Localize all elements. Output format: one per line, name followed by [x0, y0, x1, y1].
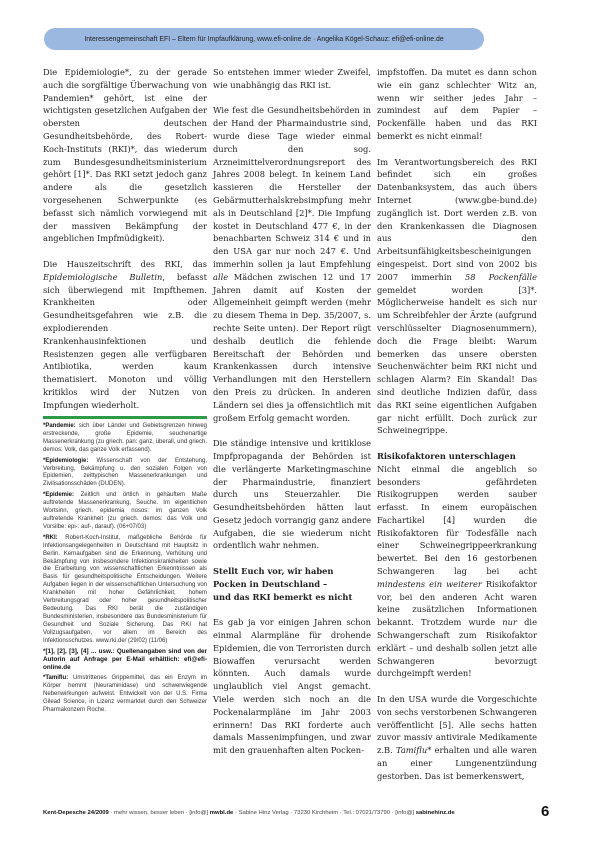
header-bar: Interessengemeinschaft EFI – Eltern für … [44, 28, 484, 50]
section-heading: Stellt Euch vor, wir habenPocken in Deut… [213, 565, 371, 603]
site-link-sabinehinz: sabinehinz.de [416, 810, 455, 816]
header-text: Interessengemeinschaft EFI – Eltern für … [84, 36, 443, 43]
paragraph: Die ständige intensive und kritiklose Im… [213, 437, 371, 552]
section-heading: Risikofaktoren unterschlagen [377, 450, 537, 463]
page-number: 6 [541, 803, 549, 820]
footnote-epidemiologie: *Epidemiologie: Wissenschaft von der Ent… [43, 458, 207, 490]
footnotes: *Pandemie: sich über Länder und Gebietsg… [43, 423, 207, 718]
page-footer: Kent-Depesche 24/2009 · mehr wissen, bes… [43, 810, 513, 816]
paragraph: impfstoffen. Da mutet es dann schon wie … [377, 66, 537, 143]
footnote-epidemie: *Epidemie: Zeitlich und örtlich in gehäu… [43, 492, 207, 532]
paragraph: Nicht einmal die angeblich so besonders … [377, 463, 537, 681]
paragraph: Im Verantwortungsbereich des RKI befinde… [377, 156, 537, 438]
paragraph: In den USA wurde die Vorgeschichte von s… [377, 693, 537, 783]
paragraph: Die Hauszeitschrift des RKI, das Epidemi… [43, 258, 207, 412]
column-1: Die Epidemiologie*, zu der gerade auch d… [43, 66, 207, 424]
footnote-pandemie: *Pandemie: sich über Länder und Gebietsg… [43, 423, 207, 455]
footnote-rki: *RKI: Robert-Koch-Institut, maßgebliche … [43, 535, 207, 646]
paragraph: Die Epidemiologie*, zu der gerade auch d… [43, 66, 207, 245]
paragraph: So entstehen immer wieder Zweifel, wie u… [213, 66, 371, 92]
column-3: impfstoffen. Da mutet es dann schon wie … [377, 66, 537, 795]
footnote-tamiflu: *Tamiflu: Umstrittenes Grippemittel, das… [43, 675, 207, 715]
footnote-sources: *[1], [2], [3], [4] ... usw.: Quellenang… [43, 648, 207, 672]
site-link-mwbl: mwbl.de [210, 810, 234, 816]
paragraph: Es gab ja vor einigen Jahren schon einma… [213, 616, 371, 757]
publication-name: Kent-Depesche 24/2009 [43, 810, 109, 816]
paragraph: Wie fest die Gesundheitsbehörden in der … [213, 104, 371, 424]
footnote-divider [43, 416, 207, 419]
column-2: So entstehen immer wieder Zweifel, wie u… [213, 66, 371, 770]
